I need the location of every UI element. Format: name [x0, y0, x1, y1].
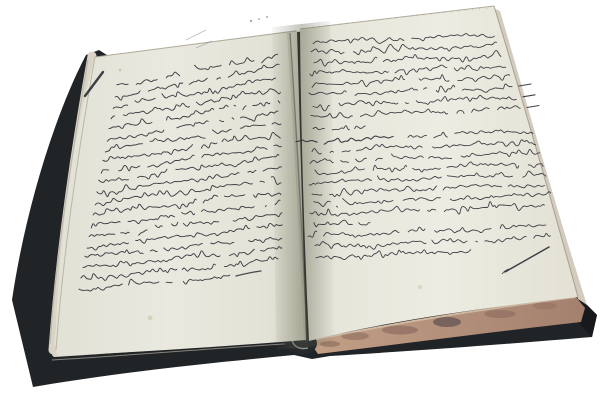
book-illustration [0, 0, 600, 400]
gutter-shadow [272, 21, 338, 350]
photo-open-manuscript-book [0, 0, 600, 400]
